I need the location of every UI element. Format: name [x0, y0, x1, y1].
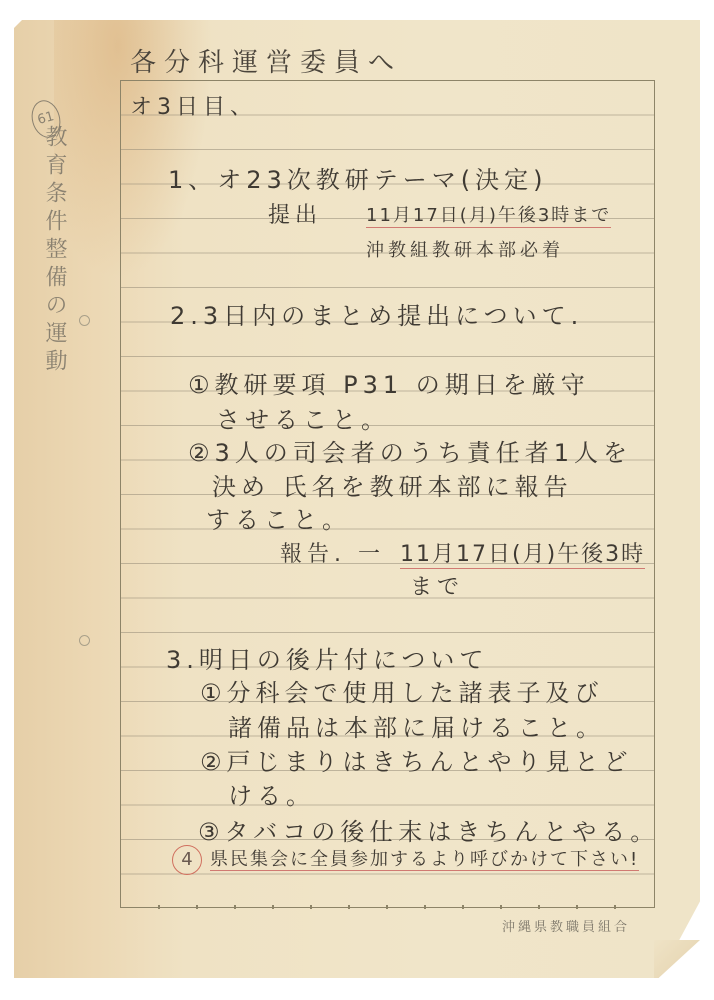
item-1-deadline: 11月17日(月)午後3時まで [366, 201, 611, 228]
red-circled-number: 4 [172, 845, 202, 875]
item-2-sub-2-line-1: ②3人の司会者のうち責任者1人を [188, 433, 632, 468]
item-3-sub-3: ③タバコの後仕末はきちんとやる。 [198, 812, 659, 847]
report-deadline: 11月17日(月)午後3時 [400, 537, 645, 569]
binder-hole [79, 315, 90, 326]
ruler-ticks [120, 905, 655, 911]
report-label: 報告. 一 [280, 537, 385, 568]
item-3-sub-2-line-1: ②戸じまりはきちんとやり見とど [200, 742, 633, 777]
report-deadline-cont: まで [410, 570, 464, 601]
item-3-sub-4: 4県民集会に全員参加するより呼びかけて下さい! [172, 845, 639, 875]
organization-footer: 沖縄県教職員組合 [502, 916, 630, 935]
binder-hole [79, 635, 90, 646]
item-1-heading: 1、オ23次教研テーマ(決定) [168, 160, 548, 195]
item-1-label: 提出 [268, 198, 322, 229]
item-2-sub-2-line-3: すること。 [206, 500, 351, 535]
folded-corner [654, 940, 700, 978]
item-1-destination: 沖教組教研本部必着 [366, 236, 564, 262]
margin-note: 教育条件整備の運動 [40, 125, 70, 377]
section-day: オ3日目、 [130, 90, 257, 121]
item-3-sub-2-line-2: ける。 [228, 776, 315, 811]
item-2-sub-1-line-2: させること。 [216, 400, 390, 435]
item-3-sub-1-line-2: 諸備品は本部に届けること。 [228, 708, 605, 743]
item-2-sub-2-line-2: 決め 氏名を教研本部に報告 [212, 467, 573, 502]
item-2-sub-1-line-1: ①教研要項 P31 の期日を厳守 [188, 365, 590, 400]
document-header: 各分科運営委員へ [130, 42, 402, 79]
item-2-heading: 2.3日内のまとめ提出について. [170, 296, 583, 331]
item-3-sub-1-line-1: ①分科会で使用した諸表子及び [200, 673, 604, 708]
item-3-heading: 3.明日の後片付について [166, 640, 488, 675]
